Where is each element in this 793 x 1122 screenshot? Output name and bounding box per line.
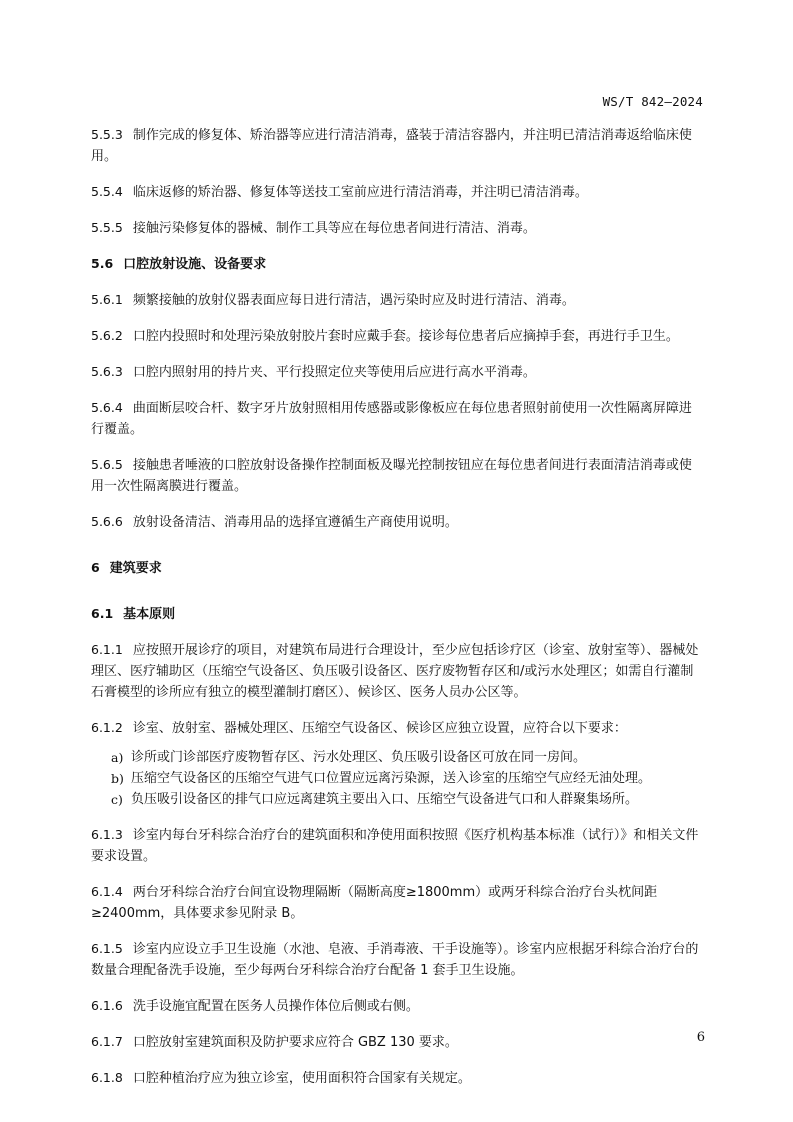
clause-text: 接触污染修复体的器械、制作工具等应在每位患者间进行清洁、消毒。 [133,221,536,236]
clause-text: 口腔内照射用的持片夹、平行投照定位夹等使用后应进行高水平消毒。 [133,365,536,380]
clause-number: 6.1.1 [91,642,123,657]
clause-number: 5.6.4 [91,400,123,415]
clause-5-6-1: 5.6.1频繁接触的放射仪器表面应每日进行清洁，遇污染时应及时进行清洁、消毒。 [91,289,704,311]
clause-5-6-6: 5.6.6放射设备清洁、消毒用品的选择宜遵循生产商使用说明。 [91,511,704,533]
clause-number: 5.5.5 [91,220,123,235]
clause-5-6-2: 5.6.2口腔内投照时和处理污染放射胶片套时应戴手套。接诊每位患者后应摘掉手套，… [91,325,704,347]
clause-number: 6.1.2 [91,720,123,735]
section-title: 口腔放射设施、设备要求 [123,257,266,272]
clause-number: 5.6.6 [91,514,123,529]
clause-6-1-4: 6.1.4两台牙科综合治疗台间宜设物理隔断（隔断高度≥1800mm）或两牙科综合… [91,881,704,924]
clause-5-5-4: 5.5.4临床返修的矫治器、修复体等送技工室前应进行清洁消毒，并注明已清洁消毒。 [91,181,704,203]
document-body: 5.5.3制作完成的修复体、矫治器等应进行清洁消毒，盛装于清洁容器内，并注明已清… [91,124,704,1089]
clause-text: 洗手设施宜配置在医务人员操作体位后侧或右侧。 [133,999,419,1014]
clause-number: 6.1.4 [91,884,123,899]
clause-number: 5.5.3 [91,127,123,142]
clause-number: 6.1.3 [91,827,123,842]
clause-6-1-7: 6.1.7口腔放射室建筑面积及防护要求应符合 GBZ 130 要求。 [91,1031,704,1053]
clause-text: 接触患者唾液的口腔放射设备操作控制面板及曝光控制按钮应在每位患者间进行表面清洁消… [91,458,692,494]
clause-number: 5.6.3 [91,364,123,379]
list-item: a)诊所或门诊部医疗废物暂存区、污水处理区、负压吸引设备区可放在同一房间。 [91,747,704,768]
clause-text: 频繁接触的放射仪器表面应每日进行清洁，遇污染时应及时进行清洁、消毒。 [133,293,575,308]
standard-code: WS/T 842—2024 [603,94,703,109]
list-marker: c) [111,789,123,810]
section-number: 6.1 [91,606,113,621]
clause-5-6-5: 5.6.5接触患者唾液的口腔放射设备操作控制面板及曝光控制按钮应在每位患者间进行… [91,454,704,497]
clause-6-1-8: 6.1.8口腔种植治疗应为独立诊室，使用面积符合国家有关规定。 [91,1067,704,1089]
clause-number: 5.5.4 [91,184,123,199]
clause-text: 两台牙科综合治疗台间宜设物理隔断（隔断高度≥1800mm）或两牙科综合治疗台头枕… [91,885,657,921]
clause-6-1-2: 6.1.2诊室、放射室、器械处理区、压缩空气设备区、候诊区应独立设置，应符合以下… [91,717,704,739]
chapter-title: 建筑要求 [110,561,162,576]
clause-number: 6.1.6 [91,998,123,1013]
clause-number: 6.1.7 [91,1034,123,1049]
clause-number: 6.1.8 [91,1070,123,1085]
requirement-list: a)诊所或门诊部医疗废物暂存区、污水处理区、负压吸引设备区可放在同一房间。 b)… [91,747,704,810]
clause-number: 5.6.5 [91,457,123,472]
section-heading-5-6: 5.6口腔放射设施、设备要求 [91,253,704,275]
list-item: c)负压吸引设备区的排气口应远离建筑主要出入口、压缩空气设备进气口和人群聚集场所… [91,789,704,810]
clause-text: 口腔种植治疗应为独立诊室，使用面积符合国家有关规定。 [133,1071,471,1086]
clause-6-1-6: 6.1.6洗手设施宜配置在医务人员操作体位后侧或右侧。 [91,995,704,1017]
clause-5-5-3: 5.5.3制作完成的修复体、矫治器等应进行清洁消毒，盛装于清洁容器内，并注明已清… [91,124,704,167]
list-marker: b) [111,768,124,789]
chapter-number: 6 [91,560,100,575]
clause-text: 曲面断层咬合杆、数字牙片放射照相用传感器或影像板应在每位患者照射前使用一次性隔离… [91,401,692,437]
clause-5-5-5: 5.5.5接触污染修复体的器械、制作工具等应在每位患者间进行清洁、消毒。 [91,217,704,239]
clause-5-6-4: 5.6.4曲面断层咬合杆、数字牙片放射照相用传感器或影像板应在每位患者照射前使用… [91,397,704,440]
clause-text: 口腔放射室建筑面积及防护要求应符合 GBZ 130 要求。 [133,1035,458,1050]
page-number: 6 [697,1030,705,1045]
section-heading-6-1: 6.1基本原则 [91,603,704,625]
clause-text: 应按照开展诊疗的项目，对建筑布局进行合理设计，至少应包括诊疗区（诊室、放射室等）… [91,643,698,700]
clause-text: 口腔内投照时和处理污染放射胶片套时应戴手套。接诊每位患者后应摘掉手套，再进行手卫… [133,329,679,344]
clause-6-1-1: 6.1.1应按照开展诊疗的项目，对建筑布局进行合理设计，至少应包括诊疗区（诊室、… [91,639,704,703]
clause-5-6-3: 5.6.3口腔内照射用的持片夹、平行投照定位夹等使用后应进行高水平消毒。 [91,361,704,383]
clause-6-1-3: 6.1.3诊室内每台牙科综合治疗台的建筑面积和净使用面积按照《医疗机构基本标准（… [91,824,704,867]
clause-text: 临床返修的矫治器、修复体等送技工室前应进行清洁消毒，并注明已清洁消毒。 [133,185,588,200]
clause-text: 诊室内应设立手卫生设施（水池、皂液、手消毒液、干手设施等）。诊室内应根据牙科综合… [91,942,698,978]
clause-text: 放射设备清洁、消毒用品的选择宜遵循生产商使用说明。 [133,515,458,530]
chapter-heading-6: 6建筑要求 [91,557,704,579]
clause-text: 诊室、放射室、器械处理区、压缩空气设备区、候诊区应独立设置，应符合以下要求： [133,721,627,736]
clause-number: 5.6.1 [91,292,123,307]
clause-6-1-5: 6.1.5诊室内应设立手卫生设施（水池、皂液、手消毒液、干手设施等）。诊室内应根… [91,938,704,981]
list-item-text: 诊所或门诊部医疗废物暂存区、污水处理区、负压吸引设备区可放在同一房间。 [131,750,586,765]
clause-text: 制作完成的修复体、矫治器等应进行清洁消毒，盛装于清洁容器内，并注明已清洁消毒返给… [91,128,692,164]
section-title: 基本原则 [123,607,175,622]
clause-number: 6.1.5 [91,941,123,956]
list-item-text: 压缩空气设备区的压缩空气进气口位置应远离污染源，送入诊室的压缩空气应经无油处理。 [131,771,651,786]
list-item: b)压缩空气设备区的压缩空气进气口位置应远离污染源，送入诊室的压缩空气应经无油处… [91,768,704,789]
list-item-text: 负压吸引设备区的排气口应远离建筑主要出入口、压缩空气设备进气口和人群聚集场所。 [131,792,638,807]
list-marker: a) [111,747,123,768]
section-number: 5.6 [91,256,113,271]
clause-text: 诊室内每台牙科综合治疗台的建筑面积和净使用面积按照《医疗机构基本标准（试行）》和… [91,828,698,864]
clause-number: 5.6.2 [91,328,123,343]
